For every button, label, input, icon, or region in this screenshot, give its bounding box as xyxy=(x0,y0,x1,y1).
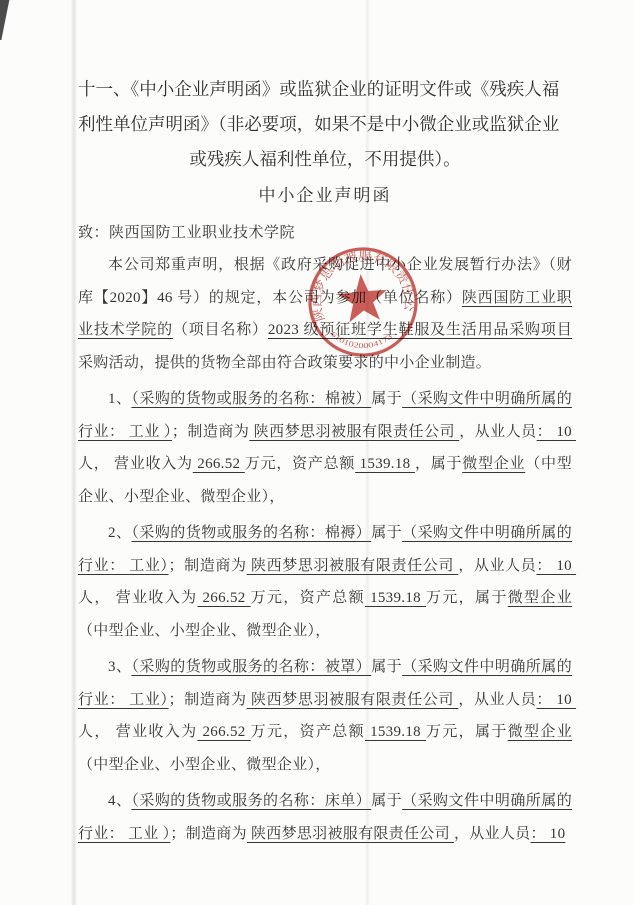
underlined-field-text: 266.52 xyxy=(193,456,245,472)
scanned-document-page: 十一、《中小企业声明函》或监狱企业的证明文件或《残疾人福 利性单位声明函》（非必… xyxy=(0,0,634,905)
company-seal-stamp: 陕西梦思羽被服有限责任公司 6101020004173 xyxy=(281,220,446,385)
body-text: ，从业人员 xyxy=(454,826,531,842)
body-text: 人， 营业收入为 xyxy=(78,456,193,472)
page-fold-line xyxy=(71,0,77,905)
body-text: 1、 xyxy=(108,391,131,407)
document-title: 中小企业声明函 xyxy=(78,180,572,211)
underlined-field-text: 266.52 xyxy=(197,724,250,740)
body-text: 人， 营业收入为 xyxy=(78,724,197,740)
underlined-field-text: 1539.18 xyxy=(365,590,426,606)
underlined-field-text: 微型企业 xyxy=(508,724,572,740)
underlined-field-text: ： 10 xyxy=(537,424,576,440)
seal-star-icon xyxy=(336,272,389,323)
underlined-field-text: 陕西梦思羽被服有限责任公司 xyxy=(247,558,459,574)
seal-company-text-wrap: 陕西梦思羽被服有限责任公司 xyxy=(281,220,419,326)
body-text: 2、 xyxy=(108,525,131,541)
body-text: 万元，属于 xyxy=(426,724,508,740)
body-text: 人， 营业收入为 xyxy=(78,590,197,606)
body-text: 属于 xyxy=(371,659,402,675)
section-heading: 十一、《中小企业声明函》或监狱企业的证明文件或《残疾人福 利性单位声明函》（非必… xyxy=(78,72,572,177)
body-text: 属于 xyxy=(371,525,402,541)
declaration-item-2: 2、（采购的货物或服务的名称：棉褥）属于（采购文件中明确所属的行业： 工业）；制… xyxy=(78,517,572,647)
body-text: ；制造商为 xyxy=(169,692,247,708)
body-text: 万元，资产总额 xyxy=(251,590,365,606)
body-text: 万元，资产总额 xyxy=(251,724,365,740)
seal-company-text: 陕西梦思羽被服有限责任公司 xyxy=(281,220,419,326)
underlined-field-text: 陕西梦思羽被服有限责任公司 xyxy=(247,826,454,842)
underlined-field-text: （采购的货物或服务的名称：床单） xyxy=(131,793,371,809)
scan-corner-artifact xyxy=(0,0,11,40)
body-text: ；制造商为 xyxy=(170,826,247,842)
declaration-item-3: 3、（采购的货物或服务的名称：被罩）属于（采购文件中明确所属的行业： 工业）；制… xyxy=(78,651,572,781)
declaration-item-4: 4、（采购的货物或服务的名称：床单）属于（采购文件中明确所属的行业： 工业 ）；… xyxy=(78,785,572,850)
underlined-field-text: （采购的货物或服务的名称：被罩） xyxy=(131,659,371,675)
section-heading-line: 利性单位声明函》（非必要项，如果不是中小微企业或监狱企业 xyxy=(78,107,572,142)
underlined-field-text: 陕西梦思羽被服有限责任公司 xyxy=(247,692,459,708)
section-heading-line: 或残疾人福利性单位，不用提供）。 xyxy=(78,142,572,177)
body-text: ；制造商为 xyxy=(169,558,247,574)
underlined-field-text: ： 10 xyxy=(536,692,576,708)
body-text: 万元，资产总额 xyxy=(245,456,355,472)
section-heading-line: 十一、《中小企业声明函》或监狱企业的证明文件或《残疾人福 xyxy=(78,72,572,107)
body-text: 万元，属于 xyxy=(426,590,508,606)
document-content: 十一、《中小企业声明函》或监狱企业的证明文件或《残疾人福 利性单位声明函》（非必… xyxy=(78,72,572,850)
body-text: ，属于 xyxy=(415,456,462,472)
body-text: 属于 xyxy=(371,391,402,407)
body-text: ，从业人员 xyxy=(459,424,536,440)
underlined-field-text: ： 10 xyxy=(536,558,576,574)
body-text: 属于 xyxy=(371,793,402,809)
declaration-item-1: 1、（采购的货物或服务的名称：棉被）属于（采购文件中明确所属的行业： 工业 ）；… xyxy=(78,383,572,513)
underlined-field-text: 微型企业 xyxy=(508,590,572,606)
underlined-field-text: （采购的货物或服务的名称：棉褥） xyxy=(131,525,371,541)
body-text: （中型企业、小型企业、微型企业）， xyxy=(78,757,331,773)
underlined-field-text: 陕西梦思羽被服有限责任公司 xyxy=(249,424,459,440)
body-text: 3、 xyxy=(108,659,131,675)
underlined-field-text: ： 10 xyxy=(530,826,565,842)
body-text: （项目名称） xyxy=(173,322,268,338)
underlined-field-text: （采购的货物或服务的名称：棉被） xyxy=(131,391,371,407)
body-text: ，从业人员 xyxy=(458,692,536,708)
body-text: ，从业人员 xyxy=(458,558,536,574)
underlined-field-text: 266.52 xyxy=(197,590,250,606)
underlined-field-text: 1539.18 xyxy=(365,724,426,740)
body-text: 4、 xyxy=(108,793,131,809)
underlined-field-text: 微型企业 xyxy=(462,456,525,472)
body-text: （中型企业、小型企业、微型企业）， xyxy=(78,623,331,639)
body-text: ；制造商为 xyxy=(172,424,249,440)
underlined-field-text: 1539.18 xyxy=(355,456,415,472)
